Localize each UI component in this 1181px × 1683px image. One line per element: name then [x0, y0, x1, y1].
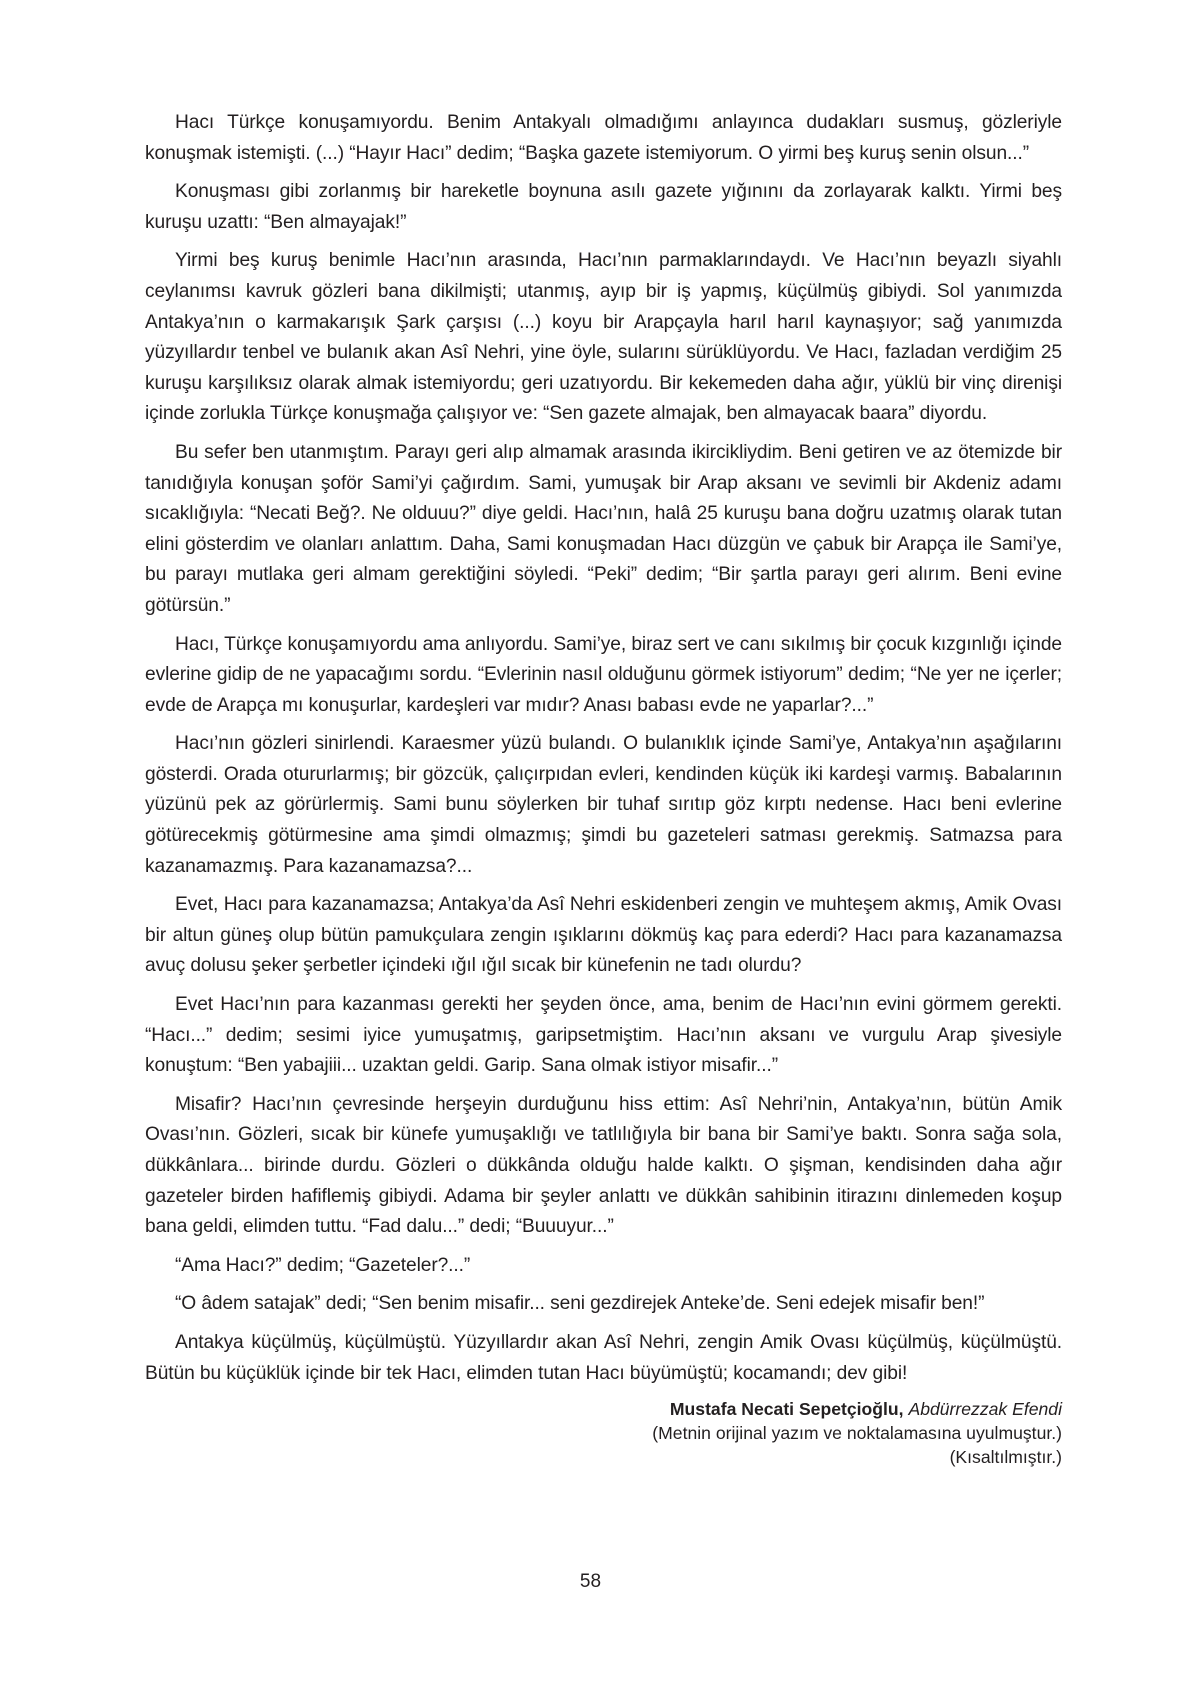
document-page: Hacı Türkçe konuşamıyordu. Benim Antakya…: [145, 108, 1062, 1469]
paragraph-10: “Ama Hacı?” dedim; “Gazeteler?...”: [145, 1251, 1062, 1282]
paragraph-9: Misafir? Hacı’nın çevresinde herşeyin du…: [145, 1090, 1062, 1243]
work-title: Abdürrezzak Efendi: [908, 1399, 1062, 1419]
page-number: 58: [0, 1570, 1181, 1594]
paragraph-4: Bu sefer ben utanmıştım. Parayı geri alı…: [145, 438, 1062, 622]
orthography-note: (Metnin orijinal yazım ve noktalamasına …: [145, 1421, 1062, 1445]
paragraph-11: “O âdem satajak” dedi; “Sen benim misafi…: [145, 1289, 1062, 1320]
paragraph-8: Evet Hacı’nın para kazanması gerekti her…: [145, 990, 1062, 1082]
abridged-note: (Kısaltılmıştır.): [145, 1445, 1062, 1469]
paragraph-1: Hacı Türkçe konuşamıyordu. Benim Antakya…: [145, 108, 1062, 169]
paragraph-6: Hacı’nın gözleri sinirlendi. Karaesmer y…: [145, 729, 1062, 882]
attribution-line: Mustafa Necati Sepetçioğlu, Abdürrezzak …: [145, 1397, 1062, 1421]
paragraph-2: Konuşması gibi zorlanmış bir hareketle b…: [145, 177, 1062, 238]
paragraph-12: Antakya küçülmüş, küçülmüştü. Yüzyıllard…: [145, 1328, 1062, 1389]
paragraph-5: Hacı, Türkçe konuşamıyordu ama anlıyordu…: [145, 630, 1062, 722]
author-name: Mustafa Necati Sepetçioğlu,: [670, 1399, 904, 1419]
paragraph-7: Evet, Hacı para kazanamazsa; Antakya’da …: [145, 890, 1062, 982]
paragraph-3: Yirmi beş kuruş benimle Hacı’nın arasınd…: [145, 246, 1062, 430]
source-attribution: Mustafa Necati Sepetçioğlu, Abdürrezzak …: [145, 1397, 1062, 1469]
